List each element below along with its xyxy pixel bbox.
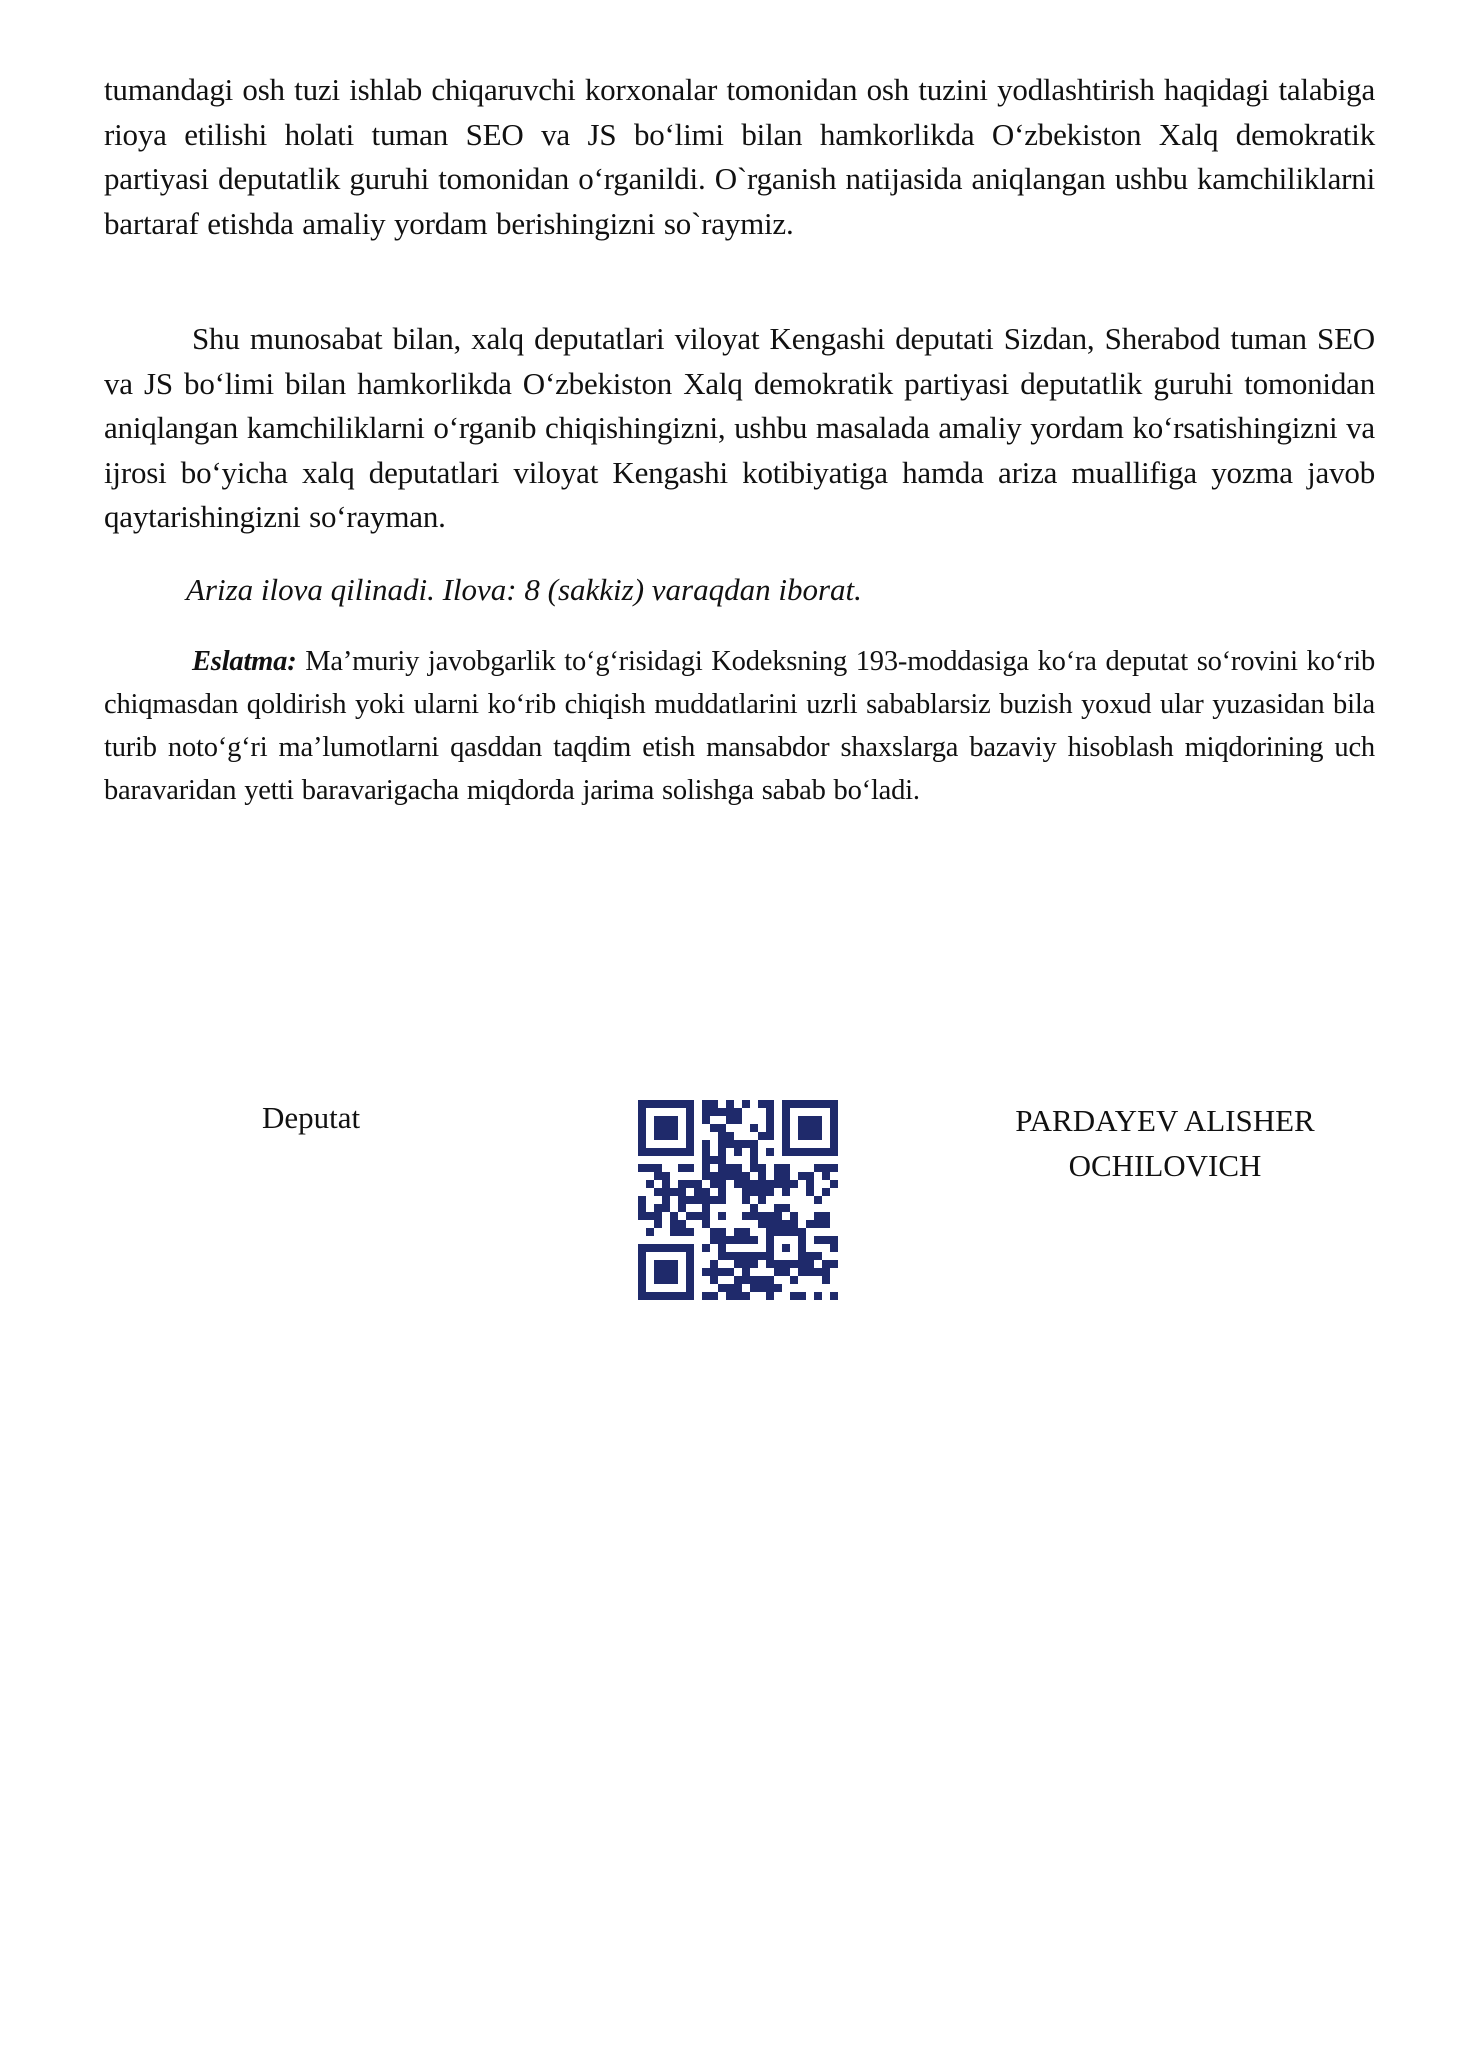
reminder-paragraph: Eslatma: Ma’muriy javobgarlik to‘g‘risid… — [104, 640, 1375, 812]
attachment-note: Ariza ilova qilinadi. Ilova: 8 (sakkiz) … — [186, 568, 1386, 612]
paragraph-findings: tumandagi osh tuzi ishlab chiqaruvchi ko… — [104, 68, 1375, 246]
reminder-label: Eslatma: — [192, 646, 297, 677]
paragraph-request: Shu munosabat bilan, xalq deputatlari vi… — [104, 317, 1375, 540]
signer-name-line1: PARDAYEV ALISHER — [960, 1098, 1370, 1143]
qr-code-icon — [638, 1100, 838, 1300]
document-page: tumandagi osh tuzi ishlab chiqaruvchi ko… — [0, 0, 1458, 2064]
signer-title: Deputat — [262, 1098, 360, 1138]
signer-name: PARDAYEV ALISHER OCHILOVICH — [960, 1098, 1370, 1188]
signer-name-line2: OCHILOVICH — [960, 1143, 1370, 1188]
